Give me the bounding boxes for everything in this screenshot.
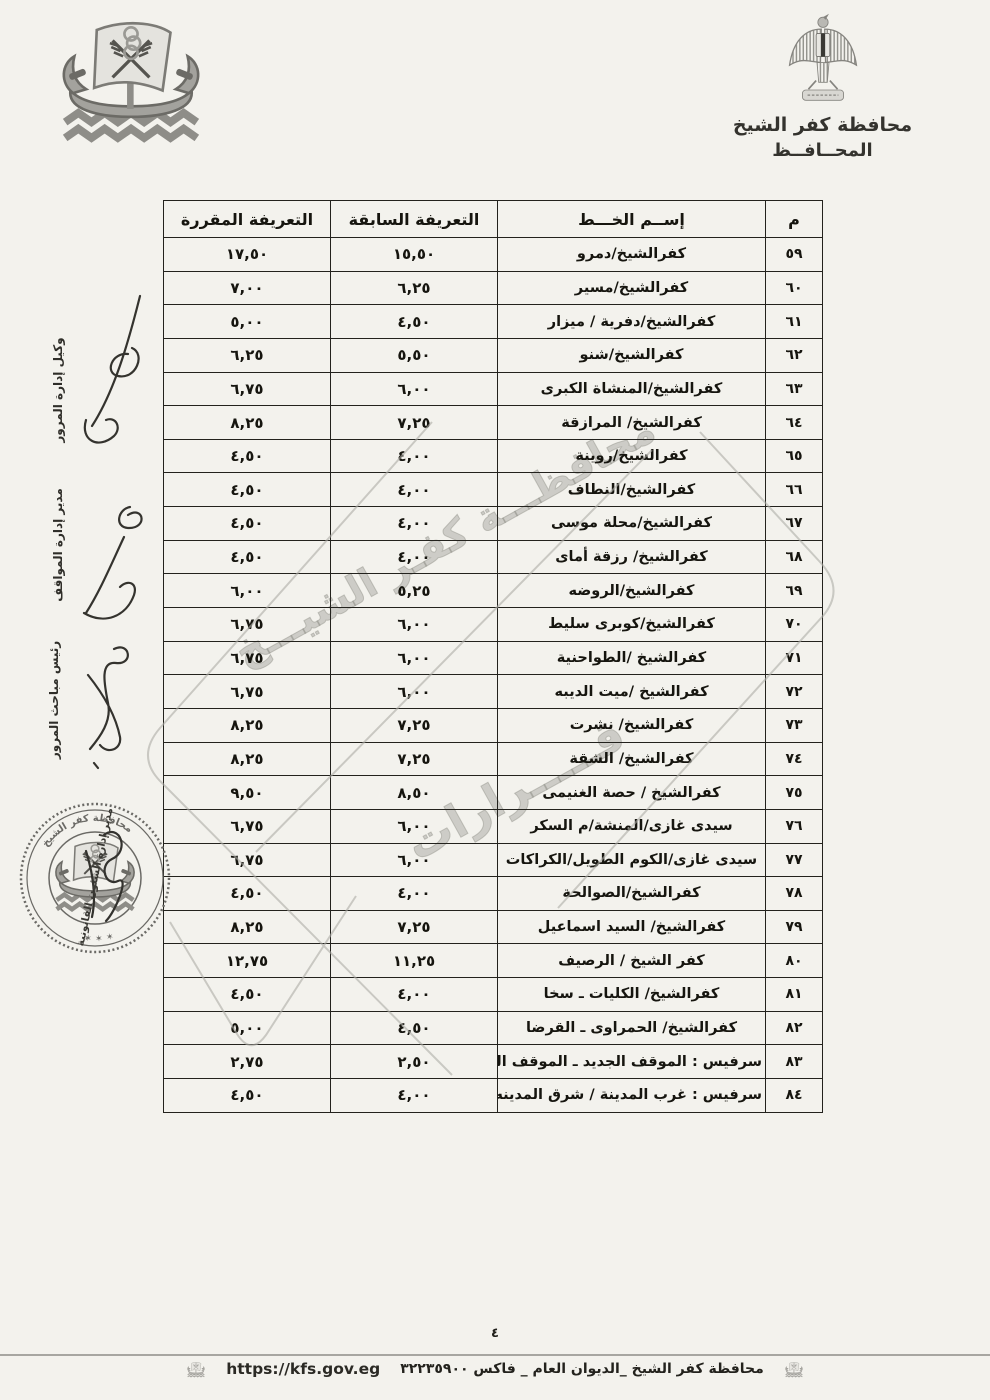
cell-line-number: ٧١ [766,641,823,675]
document-page: محافظة كفر الشيخ المحــافــظ محافظـــة ك… [0,0,990,1400]
governorate-boat-emblem [52,14,210,146]
cell-line-number: ٦٥ [766,439,823,473]
cell-approved-tariff: ٦,٢٥ [164,338,331,372]
footer-info: محافظة كفر الشيخ _الديوان العام _ فاكس ٣… [400,1361,764,1377]
cell-line-name: كفرالشيخ/مسير [498,271,766,305]
cell-line-name: كفرالشيخ/ الكليات ـ سخا [498,978,766,1012]
cell-approved-tariff: ٥,٠٠ [164,305,331,339]
cell-approved-tariff: ٦,٧٥ [164,675,331,709]
table-row: ٦٠كفرالشيخ/مسير٦,٢٥٧,٠٠ [164,271,823,305]
cell-line-number: ٦١ [766,305,823,339]
cell-line-number: ٦٠ [766,271,823,305]
header-title-block: محافظة كفر الشيخ المحــافــظ [730,12,915,161]
table-row: ٧٦سيدى غازى/المنشة/م السكر٦,٠٠٦,٧٥ [164,809,823,843]
table-header-row: م إســم الخـــط التعريفة السابقة التعريف… [164,201,823,238]
cell-previous-tariff: ٤,٠٠ [331,439,498,473]
cell-approved-tariff: ٤,٥٠ [164,1079,331,1113]
cell-line-name: سرفيس : الموقف الجديد ـ الموقف القديم [498,1045,766,1079]
cell-line-name: كفرالشيخ/ الشقة [498,742,766,776]
cell-approved-tariff: ٨,٢٥ [164,742,331,776]
table-row: ٦٨كفرالشيخ/ رزقة أماى٤,٠٠٤,٥٠ [164,540,823,574]
cell-previous-tariff: ٤,٠٠ [331,978,498,1012]
cell-approved-tariff: ٦,٧٥ [164,843,331,877]
cell-line-number: ٦٦ [766,473,823,507]
org-title: محافظة كفر الشيخ [730,114,915,136]
signature-traffic-deputy [62,288,152,468]
cell-line-number: ٦٩ [766,574,823,608]
cell-line-number: ٨٠ [766,944,823,978]
cell-approved-tariff: ٤,٥٠ [164,439,331,473]
cell-line-name: كفر الشيخ / الرصيف [498,944,766,978]
table-row: ٧٠كفرالشيخ/كوبرى سليط٦,٠٠٦,٧٥ [164,608,823,642]
cell-previous-tariff: ٧,٢٥ [331,910,498,944]
cell-line-number: ٥٩ [766,238,823,272]
header-approved-tariff: التعريفة المقررة [164,201,331,238]
cell-previous-tariff: ٥,٢٥ [331,574,498,608]
cell-line-number: ٨٤ [766,1079,823,1113]
cell-line-name: كفرالشيخ/محلة موسى [498,507,766,541]
cell-approved-tariff: ٦,٧٥ [164,809,331,843]
table-row: ٧٧سيدى غازى/الكوم الطويل/الكراكات٦,٠٠٦,٧… [164,843,823,877]
cell-approved-tariff: ٤,٥٠ [164,507,331,541]
cell-previous-tariff: ٦,٠٠ [331,809,498,843]
cell-line-name: كفرالشيخ/ السيد اسماعيل [498,910,766,944]
cell-line-name: كفرالشيخ/ نشرت [498,708,766,742]
cell-line-name: سرفيس : غرب المدينة / شرق المدينه [498,1079,766,1113]
cell-line-number: ٧٢ [766,675,823,709]
boat-icon [784,1361,804,1378]
cell-approved-tariff: ٤,٥٠ [164,540,331,574]
cell-previous-tariff: ٤,٠٠ [331,1079,498,1113]
cell-approved-tariff: ٩,٥٠ [164,776,331,810]
cell-previous-tariff: ٧,٢٥ [331,708,498,742]
cell-approved-tariff: ٨,٢٥ [164,910,331,944]
page-number: ٤ [0,1326,990,1341]
cell-line-number: ٦٣ [766,372,823,406]
table-row: ٨١كفرالشيخ/ الكليات ـ سخا٤,٠٠٤,٥٠ [164,978,823,1012]
cell-line-name: كفرالشيخ /الطواحنية [498,641,766,675]
table-row: ٦٧كفرالشيخ/محلة موسى٤,٠٠٤,٥٠ [164,507,823,541]
cell-previous-tariff: ٧,٢٥ [331,742,498,776]
cell-line-name: كفرالشيخ/النطاف [498,473,766,507]
footer: https://kfs.gov.eg محافظة كفر الشيخ _الد… [0,1360,990,1378]
cell-previous-tariff: ٦,٠٠ [331,843,498,877]
cell-line-number: ٧٩ [766,910,823,944]
cell-previous-tariff: ٦,٢٥ [331,271,498,305]
cell-approved-tariff: ٦,٧٥ [164,641,331,675]
cell-approved-tariff: ٨,٢٥ [164,406,331,440]
cell-line-number: ٧٦ [766,809,823,843]
cell-line-number: ٦٨ [766,540,823,574]
signature-traffic-investigations-chief [58,635,153,780]
cell-line-name: كفرالشيخ / حصة الغنيمى [498,776,766,810]
office-title: المحــافــظ [730,140,915,161]
table-row: ٧٥كفرالشيخ / حصة الغنيمى٨,٥٠٩,٥٠ [164,776,823,810]
cell-approved-tariff: ٨,٢٥ [164,708,331,742]
cell-line-name: كفرالشيخ/ الحمراوى ـ القرضا [498,1011,766,1045]
cell-approved-tariff: ٢,٧٥ [164,1045,331,1079]
cell-line-number: ٨١ [766,978,823,1012]
cell-line-number: ٧٧ [766,843,823,877]
cell-line-number: ٧٣ [766,708,823,742]
cell-approved-tariff: ٦,٧٥ [164,372,331,406]
cell-previous-tariff: ٢,٥٠ [331,1045,498,1079]
cell-approved-tariff: ٦,٠٠ [164,574,331,608]
table-row: ٦٤كفرالشيخ/ المرازقة٧,٢٥٨,٢٥ [164,406,823,440]
cell-previous-tariff: ٨,٥٠ [331,776,498,810]
cell-previous-tariff: ٦,٠٠ [331,372,498,406]
table-row: ٧١كفرالشيخ /الطواحنية٦,٠٠٦,٧٥ [164,641,823,675]
cell-approved-tariff: ١٧,٥٠ [164,238,331,272]
cell-previous-tariff: ٤,٠٠ [331,507,498,541]
cell-approved-tariff: ٤,٥٠ [164,473,331,507]
footer-divider [0,1354,990,1356]
table-row: ٧٣كفرالشيخ/ نشرت٧,٢٥٨,٢٥ [164,708,823,742]
table-row: ٨٢كفرالشيخ/ الحمراوى ـ القرضا٤,٥٠٥,٠٠ [164,1011,823,1045]
cell-line-name: سيدى غازى/المنشة/م السكر [498,809,766,843]
cell-line-number: ٨٢ [766,1011,823,1045]
cell-line-number: ٧٨ [766,877,823,911]
cell-previous-tariff: ٤,٠٠ [331,473,498,507]
cell-approved-tariff: ١٢,٧٥ [164,944,331,978]
table-row: ٦٥كفرالشيخ/روينة٤,٠٠٤,٥٠ [164,439,823,473]
cell-line-number: ٧٥ [766,776,823,810]
table-row: ٧٨كفرالشيخ/الصوالحة٤,٠٠٤,٥٠ [164,877,823,911]
cell-previous-tariff: ٤,٥٠ [331,1011,498,1045]
table-row: ٦٣كفرالشيخ/المنشاة الكبرى٦,٠٠٦,٧٥ [164,372,823,406]
cell-previous-tariff: ٤,٥٠ [331,305,498,339]
cell-line-name: سيدى غازى/الكوم الطويل/الكراكات [498,843,766,877]
table-row: ٦٦كفرالشيخ/النطاف٤,٠٠٤,٥٠ [164,473,823,507]
cell-line-number: ٧٤ [766,742,823,776]
cell-approved-tariff: ٥,٠٠ [164,1011,331,1045]
header-no: م [766,201,823,238]
cell-line-number: ٦٧ [766,507,823,541]
cell-previous-tariff: ١١,٢٥ [331,944,498,978]
fare-table-body: ٥٩كفرالشيخ/دمرو١٥,٥٠١٧,٥٠٦٠كفرالشيخ/مسير… [164,238,823,1113]
footer-url: https://kfs.gov.eg [226,1360,380,1378]
table-row: ٨٠كفر الشيخ / الرصيف١١,٢٥١٢,٧٥ [164,944,823,978]
cell-approved-tariff: ٧,٠٠ [164,271,331,305]
cell-previous-tariff: ٦,٠٠ [331,675,498,709]
cell-previous-tariff: ١٥,٥٠ [331,238,498,272]
egypt-eagle-emblem [784,12,862,108]
cell-line-name: كفرالشيخ/دفرية / ميزار [498,305,766,339]
table-row: ٧٢كفرالشيخ /ميت الديبه٦,٠٠٦,٧٥ [164,675,823,709]
cell-line-number: ٦٢ [766,338,823,372]
cell-previous-tariff: ٦,٠٠ [331,641,498,675]
cell-line-name: كفرالشيخ/ المرازقة [498,406,766,440]
cell-line-name: كفرالشيخ/دمرو [498,238,766,272]
cell-approved-tariff: ٤,٥٠ [164,978,331,1012]
boat-icon [186,1361,206,1378]
header-line-name: إســم الخـــط [498,201,766,238]
table-row: ٨٤سرفيس : غرب المدينة / شرق المدينه٤,٠٠٤… [164,1079,823,1113]
header-previous-tariff: التعريفة السابقة [331,201,498,238]
table-row: ٧٤كفرالشيخ/ الشقة٧,٢٥٨,٢٥ [164,742,823,776]
cell-previous-tariff: ٥,٥٠ [331,338,498,372]
cell-line-number: ٨٣ [766,1045,823,1079]
cell-approved-tariff: ٤,٥٠ [164,877,331,911]
table-row: ٥٩كفرالشيخ/دمرو١٥,٥٠١٧,٥٠ [164,238,823,272]
signatory-stations-director: مدير إدارة المواقف [51,480,67,610]
cell-line-name: كفرالشيخ/كوبرى سليط [498,608,766,642]
cell-previous-tariff: ٦,٠٠ [331,608,498,642]
cell-previous-tariff: ٧,٢٥ [331,406,498,440]
cell-previous-tariff: ٤,٠٠ [331,877,498,911]
table-row: ٦٩كفرالشيخ/الروضه٥,٢٥٦,٠٠ [164,574,823,608]
cell-line-name: كفرالشيخ/ رزقة أماى [498,540,766,574]
signature-stations-director [70,495,150,640]
cell-approved-tariff: ٦,٧٥ [164,608,331,642]
table-row: ٨٣سرفيس : الموقف الجديد ـ الموقف القديم٢… [164,1045,823,1079]
cell-line-name: كفرالشيخ/الصوالحة [498,877,766,911]
cell-previous-tariff: ٤,٠٠ [331,540,498,574]
cell-line-name: كفرالشيخ /ميت الديبه [498,675,766,709]
table-row: ٦١كفرالشيخ/دفرية / ميزار٤,٥٠٥,٠٠ [164,305,823,339]
cell-line-name: كفرالشيخ/روينة [498,439,766,473]
cell-line-number: ٧٠ [766,608,823,642]
cell-line-name: كفرالشيخ/المنشاة الكبرى [498,372,766,406]
cell-line-name: كفرالشيخ/الروضه [498,574,766,608]
cell-line-name: كفرالشيخ/شنو [498,338,766,372]
table-row: ٧٩كفرالشيخ/ السيد اسماعيل٧,٢٥٨,٢٥ [164,910,823,944]
official-stamp: محافظة كفر الشيخ ✶ ✶ ✶ مدير إدارة الشئون… [16,793,176,965]
table-row: ٦٢كفرالشيخ/شنو٥,٥٠٦,٢٥ [164,338,823,372]
fare-table: م إســم الخـــط التعريفة السابقة التعريف… [163,200,823,1113]
cell-line-number: ٦٤ [766,406,823,440]
